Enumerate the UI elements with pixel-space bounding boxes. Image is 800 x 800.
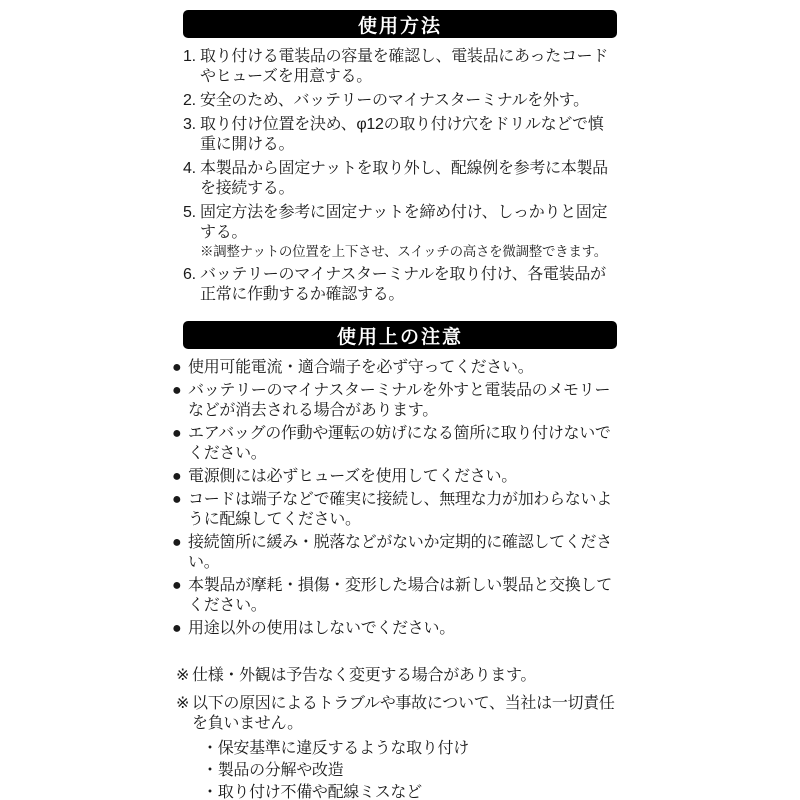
bullet-icon: ● bbox=[172, 424, 188, 464]
step-text: 安全のため、バッテリーのマイナスターミナルを外す。 bbox=[200, 91, 617, 111]
disclaimer-sub-text: 製品の分解や改造 bbox=[218, 761, 617, 781]
precautions-list: ● 使用可能電流・適合端子を必ず守ってください。 ● バッテリーのマイナスターミ… bbox=[172, 358, 617, 639]
step-number: 3. bbox=[183, 115, 200, 155]
step-text: 固定方法を参考に固定ナットを締め付け、しっかりと固定する。 bbox=[200, 204, 607, 241]
usage-step-2: 2. 安全のため、バッテリーのマイナスターミナルを外す。 bbox=[183, 91, 617, 111]
disclaimer-sub-item-3: ・ 取り付け不備や配線ミスなど bbox=[202, 783, 617, 800]
bullet-icon: ● bbox=[172, 358, 188, 378]
usage-step-5: 5. 固定方法を参考に固定ナットを締め付け、しっかりと固定する。 ※調整ナットの… bbox=[183, 203, 617, 261]
precaution-text: 本製品が摩耗・損傷・変形した場合は新しい製品と交換してください。 bbox=[188, 576, 617, 616]
precaution-text: 電源側には必ずヒューズを使用してください。 bbox=[188, 467, 617, 487]
disclaimer-list: ※ 仕様・外観は予告なく変更する場合があります。 ※ 以下の原因によるトラブルや… bbox=[176, 666, 617, 800]
asterisk-marker: ※ bbox=[176, 666, 192, 686]
disclaimer-text: 以下の原因によるトラブルや事故について、当社は一切責任を負いません。 bbox=[192, 695, 615, 732]
bullet-icon: ● bbox=[172, 490, 188, 530]
bullet-icon: ● bbox=[172, 619, 188, 639]
instruction-document: 使用方法 1. 取り付ける電装品の容量を確認し、電装品にあったコードやヒューズを… bbox=[183, 0, 617, 800]
step-number: 6. bbox=[183, 265, 200, 305]
usage-step-1: 1. 取り付ける電装品の容量を確認し、電装品にあったコードやヒューズを用意する。 bbox=[183, 47, 617, 87]
precaution-item-3: ● エアバッグの作動や運転の妨げになる箇所に取り付けないでください。 bbox=[172, 424, 617, 464]
precaution-text: 接続箇所に緩み・脱落などがないか定期的に確認してください。 bbox=[188, 533, 617, 573]
disclaimer-sub-list: ・ 保安基準に違反するような取り付け ・ 製品の分解や改造 ・ 取り付け不備や配… bbox=[202, 739, 617, 800]
usage-step-6: 6. バッテリーのマイナスターミナルを取り付け、各電装品が正常に作動するか確認す… bbox=[183, 265, 617, 305]
precautions-section-title: 使用上の注意 bbox=[337, 322, 463, 349]
disclaimer-text: 仕様・外観は予告なく変更する場合があります。 bbox=[192, 666, 617, 686]
precaution-item-5: ● コードは端子などで確実に接続し、無理な力が加わらないように配線してください。 bbox=[172, 490, 617, 530]
step-text: 取り付け位置を決め、φ12の取り付け穴をドリルなどで慎重に開ける。 bbox=[200, 115, 617, 155]
dot-marker: ・ bbox=[202, 761, 218, 781]
disclaimer-item-2: ※ 以下の原因によるトラブルや事故について、当社は一切責任を負いません。 ・ 保… bbox=[176, 694, 617, 800]
usage-step-3: 3. 取り付け位置を決め、φ12の取り付け穴をドリルなどで慎重に開ける。 bbox=[183, 115, 617, 155]
precaution-text: コードは端子などで確実に接続し、無理な力が加わらないように配線してください。 bbox=[188, 490, 617, 530]
step-text: 本製品から固定ナットを取り外し、配線例を参考に本製品を接続する。 bbox=[200, 159, 617, 199]
step-number: 5. bbox=[183, 203, 200, 261]
asterisk-marker: ※ bbox=[176, 694, 192, 800]
usage-steps-list: 1. 取り付ける電装品の容量を確認し、電装品にあったコードやヒューズを用意する。… bbox=[183, 47, 617, 305]
bullet-icon: ● bbox=[172, 381, 188, 421]
usage-step-4: 4. 本製品から固定ナットを取り外し、配線例を参考に本製品を接続する。 bbox=[183, 159, 617, 199]
section-header-usage: 使用方法 bbox=[183, 10, 617, 38]
precaution-text: 用途以外の使用はしないでください。 bbox=[188, 619, 617, 639]
disclaimer-sub-item-1: ・ 保安基準に違反するような取り付け bbox=[202, 739, 617, 759]
disclaimer-sub-item-2: ・ 製品の分解や改造 bbox=[202, 761, 617, 781]
precaution-item-2: ● バッテリーのマイナスターミナルを外すと電装品のメモリーなどが消去される場合が… bbox=[172, 381, 617, 421]
disclaimer-item-1: ※ 仕様・外観は予告なく変更する場合があります。 bbox=[176, 666, 617, 686]
dot-marker: ・ bbox=[202, 783, 218, 800]
precaution-text: バッテリーのマイナスターミナルを外すと電装品のメモリーなどが消去される場合があり… bbox=[188, 381, 617, 421]
disclaimer-sub-text: 保安基準に違反するような取り付け bbox=[218, 739, 617, 759]
usage-section-title: 使用方法 bbox=[358, 11, 442, 38]
step-number: 4. bbox=[183, 159, 200, 199]
step-text: 取り付ける電装品の容量を確認し、電装品にあったコードやヒューズを用意する。 bbox=[200, 47, 617, 87]
step-number: 2. bbox=[183, 91, 200, 111]
bullet-icon: ● bbox=[172, 467, 188, 487]
dot-marker: ・ bbox=[202, 739, 218, 759]
disclaimer-sub-text: 取り付け不備や配線ミスなど bbox=[218, 783, 617, 800]
precaution-item-8: ● 用途以外の使用はしないでください。 bbox=[172, 619, 617, 639]
bullet-icon: ● bbox=[172, 576, 188, 616]
precaution-item-6: ● 接続箇所に緩み・脱落などがないか定期的に確認してください。 bbox=[172, 533, 617, 573]
precaution-text: 使用可能電流・適合端子を必ず守ってください。 bbox=[188, 358, 617, 378]
disclaimer-text-with-sublist: 以下の原因によるトラブルや事故について、当社は一切責任を負いません。 ・ 保安基… bbox=[192, 694, 617, 800]
precaution-item-7: ● 本製品が摩耗・損傷・変形した場合は新しい製品と交換してください。 bbox=[172, 576, 617, 616]
bullet-icon: ● bbox=[172, 533, 188, 573]
section-header-precautions: 使用上の注意 bbox=[183, 321, 617, 349]
precaution-item-1: ● 使用可能電流・適合端子を必ず守ってください。 bbox=[172, 358, 617, 378]
step-number: 1. bbox=[183, 47, 200, 87]
step-note: ※調整ナットの位置を上下させ、スイッチの高さを微調整できます。 bbox=[200, 243, 617, 261]
precaution-item-4: ● 電源側には必ずヒューズを使用してください。 bbox=[172, 467, 617, 487]
step-text-with-note: 固定方法を参考に固定ナットを締め付け、しっかりと固定する。 ※調整ナットの位置を… bbox=[200, 203, 617, 261]
precaution-text: エアバッグの作動や運転の妨げになる箇所に取り付けないでください。 bbox=[188, 424, 617, 464]
step-text: バッテリーのマイナスターミナルを取り付け、各電装品が正常に作動するか確認する。 bbox=[200, 265, 617, 305]
